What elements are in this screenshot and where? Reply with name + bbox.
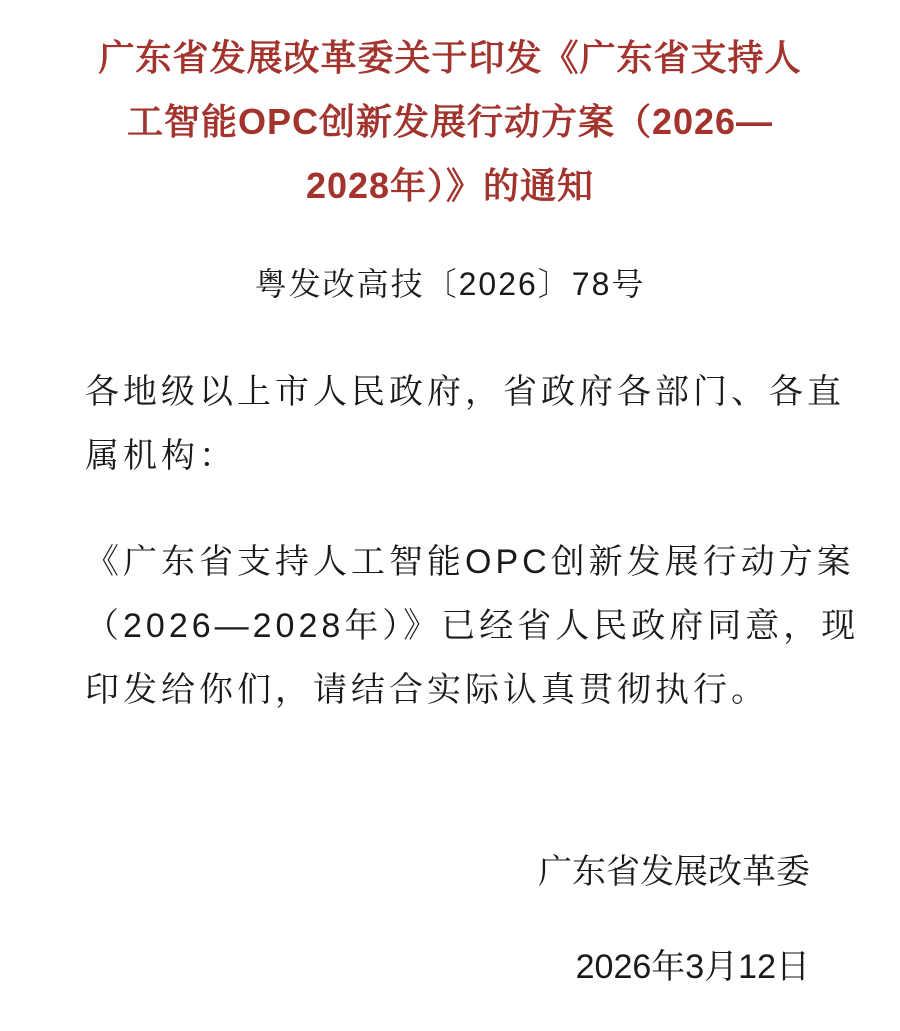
body-line: 《广东省支持人工智能OPC创新发展行动方案 (85, 530, 860, 594)
document-title: 广东省发展改革委关于印发《广东省支持人 工智能OPC创新发展行动方案（2026—… (0, 26, 900, 218)
body-line: 印发给你们，请结合实际认真贯彻执行。 (85, 658, 860, 722)
title-line: 广东省发展改革委关于印发《广东省支持人 (0, 26, 900, 90)
salutation-paragraph: 各地级以上市人民政府，省政府各部门、各直 属机构： (0, 360, 900, 488)
title-line: 工智能OPC创新发展行动方案（2026— (0, 90, 900, 154)
issuer-signature: 广东省发展改革委 (0, 840, 900, 904)
salutation-line: 各地级以上市人民政府，省政府各部门、各直 (85, 360, 860, 424)
notice-document: 广东省发展改革委关于印发《广东省支持人 工智能OPC创新发展行动方案（2026—… (0, 0, 900, 1031)
issue-date: 2026年3月12日 (0, 935, 900, 999)
salutation-line: 属机构： (85, 424, 860, 488)
body-paragraph: 《广东省支持人工智能OPC创新发展行动方案 （2026—2028年）》已经省人民… (0, 530, 900, 722)
body-line: （2026—2028年）》已经省人民政府同意，现 (85, 594, 860, 658)
title-line: 2028年）》的通知 (0, 154, 900, 218)
document-number: 粤发改高技〔2026〕78号 (0, 252, 900, 316)
